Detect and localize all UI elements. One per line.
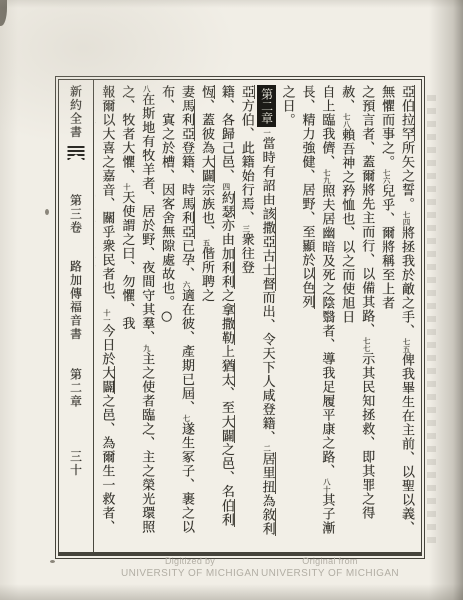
scripture-text: 兒乎、爾將稱至上者 [379,184,394,310]
chapter-heading-box: 第二章 [258,86,275,126]
verse-number: 七八 [342,113,351,128]
spine-volume-label: 第三卷 [68,194,85,235]
scripture-text: 為 [260,494,275,508]
paper-speck [50,560,55,563]
scripture-text: 衆往登 [239,233,254,275]
scripture-text: 在斯地有牧羊者、居於野、夜間守其羣、 [139,93,154,345]
verse-number: 五 [202,239,211,247]
spine-page-number: 三十 [68,450,85,477]
scripture-text: 之 [219,289,234,303]
printed-frame: 新約全書 第三卷 路加傳福音書 第二章 三十 亞伯拉罕所矢之誓。七四將拯我於敵之… [58,79,422,556]
scripture-text: 天使謂之曰、勿懼、我 [119,191,134,331]
verse-number: 八 [142,85,151,93]
stamp-digitized: Digitized by UNIVERSITY OF MICHIGAN [110,556,270,579]
scripture-text: 籍、各歸己邑、 [219,85,234,183]
stamp-digitized-line2: UNIVERSITY OF MICHIGAN [110,568,270,579]
proper-name: 猶太 [219,359,235,387]
scripture-text: 將拯我於敵之手、 [399,226,414,338]
verse-number: 七七 [362,337,371,352]
scripture-text: 報爾以大喜之嘉音、關乎衆民者也、 [99,85,114,309]
proper-name: 大闢 [199,155,215,183]
scripture-text: 適在彼、產期已屆、 [179,289,194,415]
text-column: 亞伯拉罕所矢之誓。七四將拯我於敵之手、七五俾我畢生在主前、以聖以義、無懼而事之。… [376,85,416,543]
verse-number: 一 [263,129,272,137]
scripture-text: 今日於 [99,324,114,366]
fishtail-mark-icon [68,146,85,161]
text-column: 之預言者、蓋爾將先主而行、以備其路、七七示其民知拯救、即其罪之得赦、七八賴吾神之… [336,85,376,543]
verse-number: 九 [142,345,151,353]
paper-speck [45,209,49,215]
scripture-text: 宗族也、 [199,183,214,239]
text-column: 籍、各歸己邑、四約瑟亦由加利利之拿撒勒上猶太、至大闢之邑、名伯利恆、蓋彼為大闢宗… [196,85,236,543]
proper-name: 以色列 [299,267,315,309]
text-column: 妻馬利亞登籍、時馬利亞已孕、六適在彼、產期已屆、七遂生冢子、裹之以布、寘之於槽、… [156,85,196,543]
scripture-text: 已孕、 [179,239,194,281]
verse-number: 六 [182,281,191,289]
scripture-text: 之邑、名 [219,443,234,499]
proper-name: 加利利 [219,247,235,289]
verse-number: 七五 [402,338,411,353]
scripture-text: 之預言者、蓋爾將先主而行、以備其路、 [359,85,374,337]
verse-number: 八十 [322,478,331,493]
spine-chapter-label: 第二章 [68,368,85,409]
text-column: 自上臨我儕、七九照夫居幽暗及死之陰翳者、導我足履平康之路、八十其子漸長、精力強健… [297,85,337,543]
scripture-text: 照夫居幽暗及死之陰翳者、導我足履平康之路、 [319,184,334,478]
text-column: 八在斯地有牧羊者、居於野、夜間守其羣、九主之使者臨之、主之榮光環照之、牧者大懼、… [116,85,156,543]
spine-book-title: 新約全書 [68,85,85,139]
proper-name: 亞伯拉罕 [399,85,415,141]
spine-strip: 新約全書 第三卷 路加傳福音書 第二章 三十 [59,80,94,552]
reverse-page-bleedthrough [427,95,436,545]
verse-number: 七九 [322,169,331,184]
scripture-text: 所矢之誓。 [399,141,414,211]
scripture-text: 偕所聘之 [199,247,214,303]
scripture-text: 妻 [179,85,194,99]
verse-number: 十 [122,183,131,191]
scripture-text: 、至 [219,387,234,415]
scripture-text: 當時有詔由 [260,137,275,207]
scripture-text: 方伯、此籍始行焉、 [239,99,254,225]
verse-number: 四 [222,183,231,191]
corner-blemish [0,0,7,26]
stamp-original: Original from UNIVERSITY OF MICHIGAN [250,556,410,579]
proper-name: 拿撒勒 [219,303,235,345]
verse-number: 十一 [102,309,111,324]
text-columns: 亞伯拉罕所矢之誓。七四將拯我於敵之手、七五俾我畢生在主前、以聖以義、無懼而事之。… [95,85,416,543]
scripture-text: 上 [219,345,234,359]
scripture-text: 自上臨我儕、 [319,85,334,169]
stamp-digitized-line1: Digitized by [110,556,270,566]
scripture-text: 亦由 [219,219,234,247]
verse-number: 二 [263,445,272,453]
proper-name: 居里扭 [260,452,276,494]
proper-name: 大闢 [219,415,235,443]
spine-gospel-title: 路加傳福音書 [68,260,85,341]
verse-number: 七四 [402,211,411,226]
text-column: 第二章一當時有詔由該撒亞古士督而出、令天下人咸登籍、二居里扭為敘利亞方伯、此籍始… [236,85,277,543]
scripture-text: 而出、令天下人咸登籍、 [260,291,275,445]
verse-number: 三 [242,225,251,233]
stamp-original-line2: UNIVERSITY OF MICHIGAN [250,568,410,579]
verse-number: 七 [182,415,191,423]
proper-name: 馬利亞 [179,99,195,141]
scanned-book-page: 新約全書 第三卷 路加傳福音書 第二章 三十 亞伯拉罕所矢之誓。七四將拯我於敵之… [0,0,463,600]
stamp-original-line1: Original from [250,556,410,566]
proper-name: 該撒亞古士督 [260,207,276,291]
verse-number: 七六 [382,169,391,184]
text-column: 之日。 [277,85,297,543]
text-column: 報爾以大喜之嘉音、關乎衆民者也、十一今日於大闢之邑、為爾生一救者、即主基督也、十… [95,85,116,543]
scripture-text: 登籍、時 [179,141,194,197]
proper-name: 約瑟 [219,191,235,219]
scripture-text: 之日。 [280,85,295,127]
proper-name: 馬利亞 [179,197,195,239]
proper-name: 大闢 [99,366,115,394]
scripture-text: 、蓋彼為 [199,99,214,155]
scripture-text: 賴吾神之矜恤也、以之而使旭日 [339,128,354,324]
